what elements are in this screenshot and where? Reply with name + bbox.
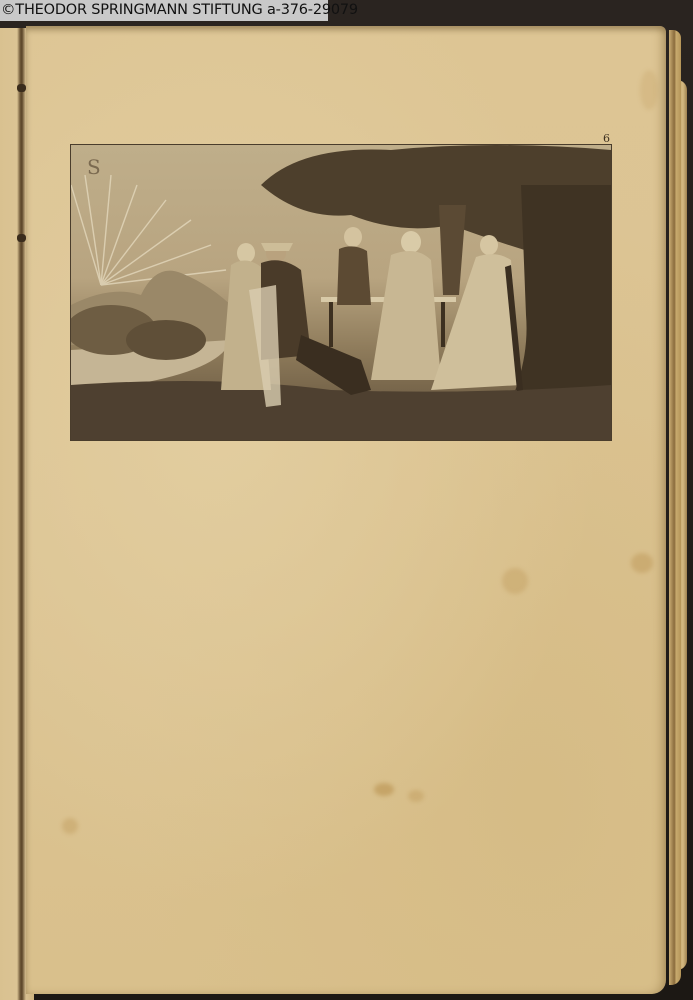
foxing-stain bbox=[62, 818, 78, 834]
foxing-stain bbox=[640, 70, 658, 110]
page-fore-edge bbox=[669, 30, 681, 985]
plate-letter: S bbox=[87, 155, 101, 179]
plate-corner-mark: 6 bbox=[603, 132, 610, 145]
copyright-watermark: ©THEODOR SPRINGMANN STIFTUNG a-376-29079 bbox=[0, 0, 328, 21]
foxing-stain bbox=[408, 790, 424, 802]
foxing-stain bbox=[502, 568, 528, 594]
binding-stitch bbox=[17, 84, 26, 92]
book-gutter bbox=[17, 28, 26, 1000]
binding-stitch bbox=[17, 234, 26, 242]
foxing-stain bbox=[374, 783, 394, 796]
foxing-stain bbox=[631, 553, 653, 573]
engraving-scene bbox=[71, 145, 611, 440]
engraving-illustration: S bbox=[70, 144, 612, 441]
